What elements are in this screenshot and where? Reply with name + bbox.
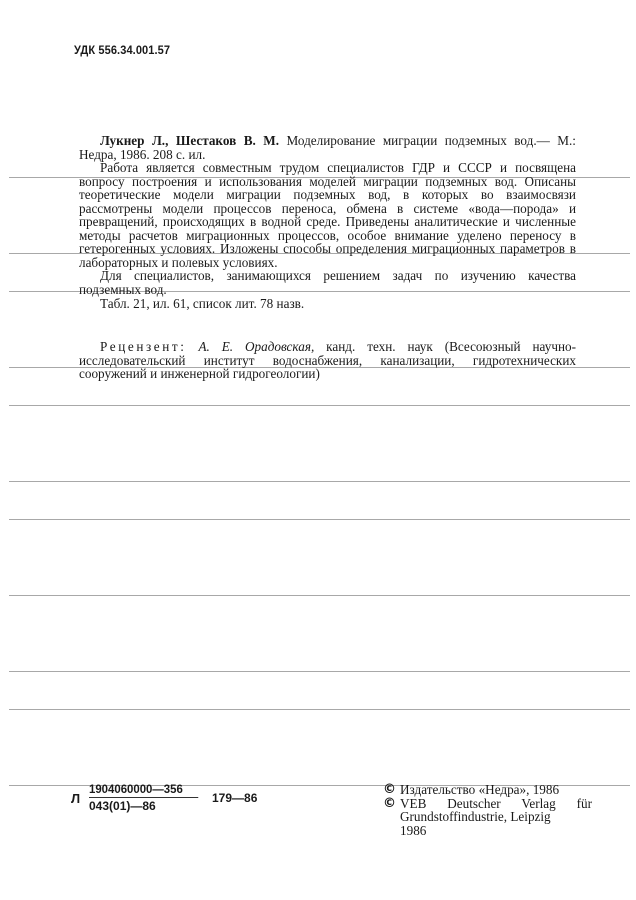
ruled-line xyxy=(9,709,630,710)
ruled-line xyxy=(9,671,630,672)
bibcode-letter: Л xyxy=(71,791,80,806)
abstract-paragraph-1: Работа является совместным трудом специа… xyxy=(79,161,576,269)
copyright-veb-line1: VEB Deutscher Verlag für xyxy=(400,797,592,811)
reviewer: Рецензент: А. Е. Орадовская, канд. техн.… xyxy=(79,340,576,381)
copyright-icon: © xyxy=(383,797,396,811)
abstract-block: Лукнер Л., Шестаков В. М. Моделирование … xyxy=(79,134,576,310)
ruled-line xyxy=(9,519,630,520)
copyright-row-veb: © VEB Deutscher Verlag für Grundstoffind… xyxy=(383,797,592,838)
bibcode-fraction: 1904060000—356 043(01)—86 xyxy=(89,782,204,813)
bibcode-denominator: 043(01)—86 xyxy=(89,798,204,813)
udk-label: УДК xyxy=(74,43,95,57)
abstract-paragraph-2: Для специалистов, занимающихся решением … xyxy=(79,269,576,296)
copyright-nedra: Издательство «Недра», 1986 xyxy=(400,783,592,797)
copyright-icon: © xyxy=(383,783,396,797)
udk-number: 556.34.001.57 xyxy=(98,43,170,57)
reviewer-block: Рецензент: А. Е. Орадовская, канд. техн.… xyxy=(79,340,576,381)
citation: Лукнер Л., Шестаков В. М. Моделирование … xyxy=(79,134,576,161)
copyright-row-nedra: © Издательство «Недра», 1986 xyxy=(383,783,592,797)
bibcode-numerator: 1904060000—356 xyxy=(89,782,198,798)
ruled-line xyxy=(9,481,630,482)
abstract-paragraph-3: Табл. 21, ил. 61, список лит. 78 назв. xyxy=(79,297,576,311)
ruled-line xyxy=(9,595,630,596)
bibcode-number: 179—86 xyxy=(212,791,257,805)
copyright-veb-line2: Grundstoffindustrie, Leipzig xyxy=(400,810,592,824)
copyright-veb-year: 1986 xyxy=(400,824,592,838)
ruled-line xyxy=(9,405,630,406)
udk-code: УДК 556.34.001.57 xyxy=(74,43,170,57)
copyright-block: © Издательство «Недра», 1986 © VEB Deuts… xyxy=(383,783,592,837)
